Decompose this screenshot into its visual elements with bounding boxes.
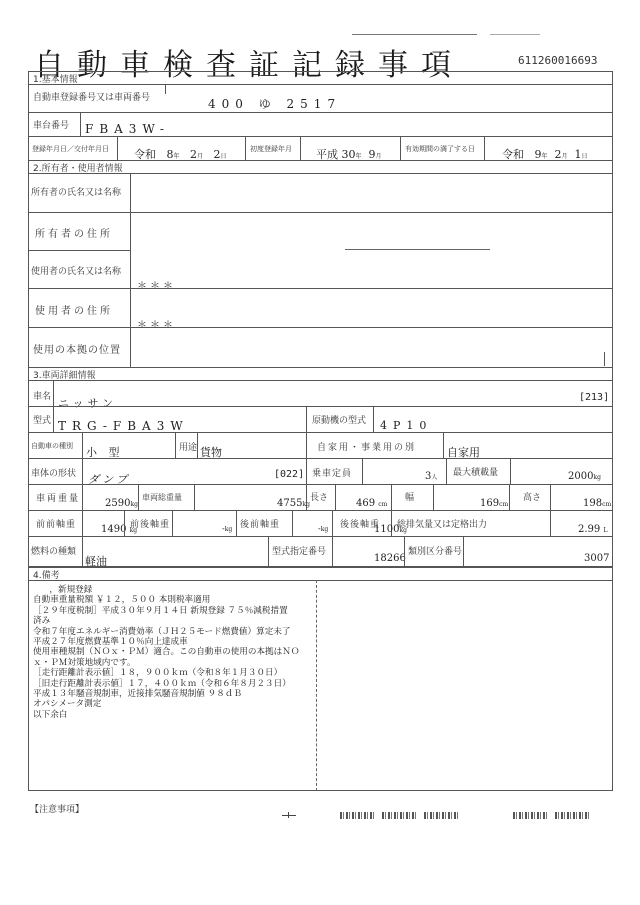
body-shape-code: [022] <box>274 469 304 480</box>
car-name-label: 車名 <box>33 389 51 402</box>
width-label: 幅 <box>405 490 414 503</box>
remarks-line: 平成１３年騒音規制車，近接排気騒音規制値 ９８ｄＢ <box>33 689 299 699</box>
front-front-axle-label: 前前軸重 <box>36 517 76 530</box>
displacement: 2.99 L <box>578 524 607 535</box>
vehicle-class-label: 自動車の種別 <box>31 441 73 451</box>
remarks-line: オパシメータ測定 <box>33 699 299 709</box>
fuel-label: 燃料の種類 <box>31 544 76 557</box>
remarks-line: ，新規登録 <box>33 585 299 595</box>
height-label: 高さ <box>523 490 541 503</box>
vehicle-weight: 2590kg <box>105 498 138 509</box>
user-name-label: 使用者の氏名又は名称 <box>31 264 121 277</box>
registration-date-label: 登録年月日／交付年月日 <box>32 144 109 154</box>
registration-mark <box>282 815 296 816</box>
user-address-label: 使用者の住所 <box>35 302 113 317</box>
model: TRG-FBA3W <box>58 419 189 433</box>
remarks-line: 平成２７年度燃費基準１０％向上達成車 <box>33 637 299 647</box>
remarks-line: 令和７年度エネルギー消費効率（ＪＨ２５モード燃費値）算定未了 <box>33 627 299 637</box>
remarks-line: ［走行距離計表示値］１８，９００ｋｍ（令和８年１月３０日） <box>33 668 299 678</box>
notes-label: 【注意事項】 <box>30 802 84 815</box>
category: 3007 <box>584 553 609 564</box>
car-name-code: [213] <box>579 392 609 403</box>
expiry-date-label: 有効期間の満了する日 <box>405 144 475 154</box>
type-designation-label: 型式指定番号 <box>272 544 326 557</box>
car-name: ニッサン <box>58 395 117 411</box>
gross-weight-label: 車両総重量 <box>142 492 182 503</box>
registration-number: 400 ゆ 2517 <box>208 95 341 112</box>
barcode-segment-2 <box>382 812 418 819</box>
rear-front-axle-label: 後前軸重 <box>240 517 280 530</box>
height: 198cm <box>583 498 611 509</box>
engine-model-label: 原動機の型式 <box>312 413 366 426</box>
registration-number-label: 自動車登録番号又は車両番号 <box>33 90 150 103</box>
remarks-line: 自動車重量税額 ￥１２，５００ 本則税率適用 <box>33 595 299 605</box>
chassis-number-label: 車台番号 <box>33 118 69 131</box>
gross-weight: 4755kg <box>277 498 310 509</box>
width: 169cm <box>480 498 508 509</box>
chassis-number: FBA3W- <box>85 122 170 136</box>
capacity: 3人 <box>425 471 437 482</box>
engine-model: 4P10 <box>380 419 432 432</box>
top-rule <box>352 34 477 35</box>
model-label: 型式 <box>33 413 51 426</box>
first-registration-label: 初度登録年月 <box>250 144 292 154</box>
vehicle-weight-label: 車両重量 <box>36 491 80 504</box>
displacement-label: 総排気量又は定格出力 <box>397 517 487 530</box>
registration-mark-vertical <box>288 812 289 818</box>
rear-front-axle: -kg <box>318 524 328 533</box>
barcode-segment-5 <box>555 812 591 819</box>
length-label: 長さ <box>310 490 328 503</box>
owner-name-label: 所有者の氏名又は名称 <box>31 185 121 198</box>
document-number: 611260016693 <box>518 54 597 67</box>
type-designation: 18266 <box>374 553 406 564</box>
owner-address-label: 所有者の住所 <box>35 225 113 240</box>
remarks-line: ［２９年度税制］平成３０年９月１４日 新規登録 ７５％減税措置 <box>33 606 299 616</box>
length: 469 cm <box>356 498 387 509</box>
front-rear-axle: -kg <box>222 524 232 533</box>
base-location-label: 使用の本拠の位置 <box>33 341 121 356</box>
front-rear-axle-label: 前後軸重 <box>130 517 170 530</box>
barcode-segment-3 <box>424 812 460 819</box>
barcode-segment-4 <box>513 812 549 819</box>
remarks-line: ｘ・ＰＭ対策地域内です。 <box>33 658 299 668</box>
user-address: ＊＊＊ <box>137 316 176 331</box>
user-name: ＊＊＊ <box>137 277 176 292</box>
remarks-text: ，新規登録自動車重量税額 ￥１２，５００ 本則税率適用［２９年度税制］平成３０年… <box>33 585 299 720</box>
top-rule-faint <box>490 34 540 35</box>
remarks-column-divider <box>316 580 317 791</box>
max-load-label: 最大積載量 <box>453 465 498 478</box>
body-shape-label: 車体の形状 <box>31 466 76 479</box>
remarks-line: ［旧走行距離計表示値］１７，４００ｋｍ（令和６年８月２３日） <box>33 679 299 689</box>
private-commercial-label: 自家用・事業用の別 <box>317 440 416 453</box>
capacity-label: 乗車定員 <box>312 466 352 479</box>
remarks-line: 使用車種規制（ＮＯｘ・ＰＭ）適合。この自動車の使用の本拠はＮＯ <box>33 647 299 657</box>
category-label: 類別区分番号 <box>408 544 462 557</box>
remarks-line: 以下余白 <box>33 710 299 720</box>
barcode-segment-1 <box>340 812 376 819</box>
remarks-line: 済み <box>33 616 299 626</box>
max-load: 2000kg <box>568 471 601 482</box>
use-label: 用途 <box>179 440 197 453</box>
